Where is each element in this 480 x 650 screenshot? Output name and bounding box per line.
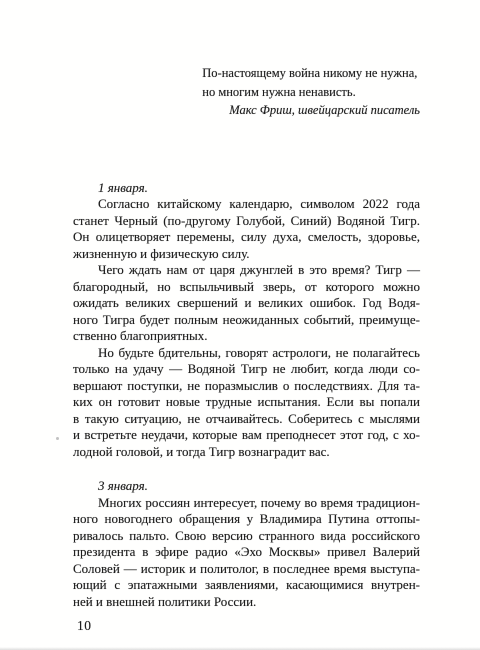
epigraph-line: но многим нужна ненависть. (202, 83, 420, 102)
text-line: Чего ждать нам от царя джунглей в это вр… (73, 262, 420, 279)
paragraph: Согласно китайскому календарю, символом … (73, 196, 420, 262)
entry-date-heading: 3 января. (73, 478, 420, 495)
diary-section-jan-1: 1 января. Согласно китайскому календарю,… (73, 180, 420, 461)
text-line: ного Тигра будет полным неожиданных собы… (73, 312, 420, 329)
text-line: ривалось пальто. Свою версию странного в… (73, 528, 420, 545)
scan-artifact (56, 437, 59, 440)
text-line: ственно благоприятных. (73, 328, 420, 345)
text-line: лодной головой, и тогда Тигр вознаградит… (73, 444, 420, 461)
epigraph: По-настоящему война никому не нужна, но … (0, 0, 420, 120)
page-content: 1 января. Согласно китайскому календарю,… (73, 180, 420, 635)
text-line: и встретьте неудачи, которые вам преподн… (73, 427, 420, 444)
text-line: Соловей — историк и политолог, в последн… (73, 561, 420, 578)
diary-section-jan-3: 3 января. Многих россиян интересует, поч… (73, 478, 420, 610)
epigraph-line: По-настоящему война никому не нужна, (202, 64, 420, 83)
text-line: ющий с эпатажными заявлениями, касающими… (73, 577, 420, 594)
paragraph: Чего ждать нам от царя джунглей в это вр… (73, 262, 420, 345)
text-line: вершают поступки, не поразмыслив о после… (73, 378, 420, 395)
text-line: ожидать великих свершений и великих ошиб… (73, 295, 420, 312)
text-line: жизненную и физическую силу. (73, 246, 420, 263)
text-line: ней и внешней политики России. (73, 594, 420, 611)
text-line: в такую ситуацию, не отчаивайтесь. Собер… (73, 411, 420, 428)
text-line: президента в эфире радио «Эхо Москвы» пр… (73, 544, 420, 561)
text-line: благородный, но вспыльчивый зверь, от ко… (73, 279, 420, 296)
text-line: станет Черный (по-другому Голубой, Синий… (73, 213, 420, 230)
text-line: Согласно китайскому календарю, символом … (73, 196, 420, 213)
text-line: Многих россиян интересует, почему во вре… (73, 495, 420, 512)
text-line: ких он готовит новые трудные испытания. … (73, 394, 420, 411)
text-line: ного новогоднего обращения у Владимира П… (73, 511, 420, 528)
page-number: 10 (77, 618, 420, 635)
text-line: Но будьте бдительны, говорят астрологи, … (73, 345, 420, 362)
book-page: По-настоящему война никому не нужна, но … (0, 0, 480, 650)
epigraph-attribution: Макс Фриш, швейцарский писатель (202, 101, 420, 120)
paragraph: Но будьте бдительны, говорят астрологи, … (73, 345, 420, 461)
entry-date-heading: 1 января. (73, 180, 420, 197)
text-line: только на удачу — Водяной Тигр не любит,… (73, 361, 420, 378)
text-line: Он олицетворяет перемены, силу духа, сме… (73, 229, 420, 246)
epigraph-block: По-настоящему война никому не нужна, но … (202, 64, 420, 120)
paragraph: Многих россиян интересует, почему во вре… (73, 495, 420, 611)
